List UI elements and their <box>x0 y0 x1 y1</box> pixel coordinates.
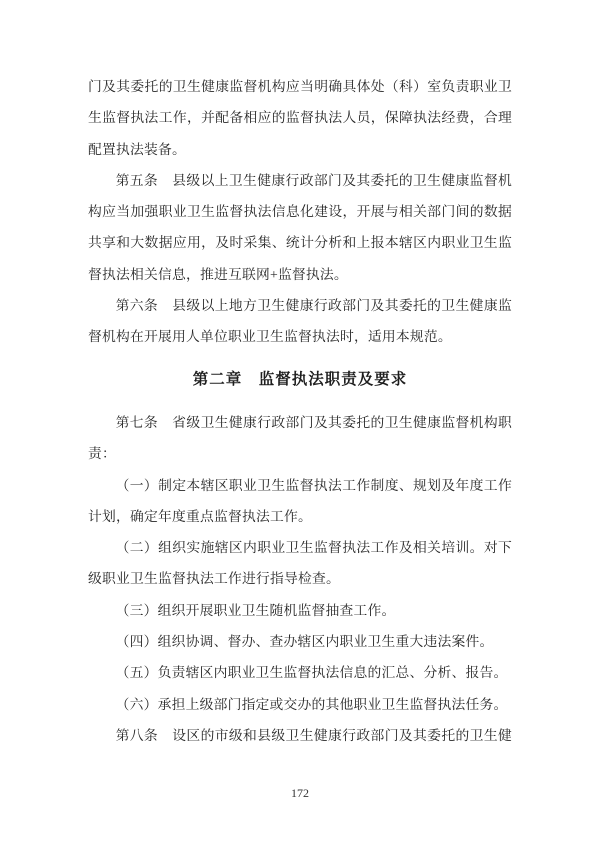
text-line: 第六条 县级以上地方卫生健康行政部门及其委托的卫生健康监 <box>88 290 512 321</box>
text-line: （四）组织协调、督办、查办辖区内职业卫生重大违法案件。 <box>88 626 512 657</box>
text-line: 督执法相关信息，推进互联网+监督执法。 <box>88 259 512 290</box>
text-line: 督机构在开展用人单位职业卫生监督执法时，适用本规范。 <box>88 321 512 352</box>
text-line: （二）组织实施辖区内职业卫生监督执法工作及相关培训。对下 <box>88 532 512 563</box>
paragraph: 第六条 县级以上地方卫生健康行政部门及其委托的卫生健康监督机构在开展用人单位职业… <box>88 290 512 353</box>
text-line: 级职业卫生监督执法工作进行指导检查。 <box>88 563 512 594</box>
paragraph: （二）组织实施辖区内职业卫生监督执法工作及相关培训。对下级职业卫生监督执法工作进… <box>88 532 512 595</box>
paragraph: （五）负责辖区内职业卫生监督执法信息的汇总、分析、报告。 <box>88 657 512 688</box>
text-line: 生监督执法工作，并配备相应的监督执法人员，保障执法经费，合理 <box>88 102 512 133</box>
chapter-heading: 第二章 监督执法职责及要求 <box>88 364 512 395</box>
paragraph: 门及其委托的卫生健康监督机构应当明确具体处（科）室负责职业卫生监督执法工作，并配… <box>88 71 512 165</box>
text-line: （六）承担上级部门指定或交办的其他职业卫生监督执法任务。 <box>88 689 512 720</box>
document-page: 门及其委托的卫生健康监督机构应当明确具体处（科）室负责职业卫生监督执法工作，并配… <box>0 0 600 848</box>
text-line: （五）负责辖区内职业卫生监督执法信息的汇总、分析、报告。 <box>88 657 512 688</box>
text-line: 第五条 县级以上卫生健康行政部门及其委托的卫生健康监督机 <box>88 165 512 196</box>
paragraph: 第五条 县级以上卫生健康行政部门及其委托的卫生健康监督机构应当加强职业卫生监督执… <box>88 165 512 290</box>
paragraph: （三）组织开展职业卫生随机监督抽查工作。 <box>88 595 512 626</box>
text-line: 第七条 省级卫生健康行政部门及其委托的卫生健康监督机构职 <box>88 407 512 438</box>
paragraph: （一）制定本辖区职业卫生监督执法工作制度、规划及年度工作计划，确定年度重点监督执… <box>88 470 512 533</box>
text-line: 第八条 设区的市级和县级卫生健康行政部门及其委托的卫生健 <box>88 720 512 751</box>
text-line: 计划，确定年度重点监督执法工作。 <box>88 501 512 532</box>
paragraph: 第八条 设区的市级和县级卫生健康行政部门及其委托的卫生健 <box>88 720 512 751</box>
paragraph: （四）组织协调、督办、查办辖区内职业卫生重大违法案件。 <box>88 626 512 657</box>
page-number: 172 <box>0 786 600 801</box>
text-line: 配置执法装备。 <box>88 134 512 165</box>
text-line: 共享和大数据应用，及时采集、统计分析和上报本辖区内职业卫生监 <box>88 227 512 258</box>
paragraph: （六）承担上级部门指定或交办的其他职业卫生监督执法任务。 <box>88 689 512 720</box>
text-line: 构应当加强职业卫生监督执法信息化建设，开展与相关部门间的数据 <box>88 196 512 227</box>
text-line: 门及其委托的卫生健康监督机构应当明确具体处（科）室负责职业卫 <box>88 71 512 102</box>
text-line: 责： <box>88 438 512 469</box>
paragraph: 第七条 省级卫生健康行政部门及其委托的卫生健康监督机构职责： <box>88 407 512 470</box>
text-line: （三）组织开展职业卫生随机监督抽查工作。 <box>88 595 512 626</box>
text-line: （一）制定本辖区职业卫生监督执法工作制度、规划及年度工作 <box>88 470 512 501</box>
document-body: 门及其委托的卫生健康监督机构应当明确具体处（科）室负责职业卫生监督执法工作，并配… <box>88 71 512 751</box>
